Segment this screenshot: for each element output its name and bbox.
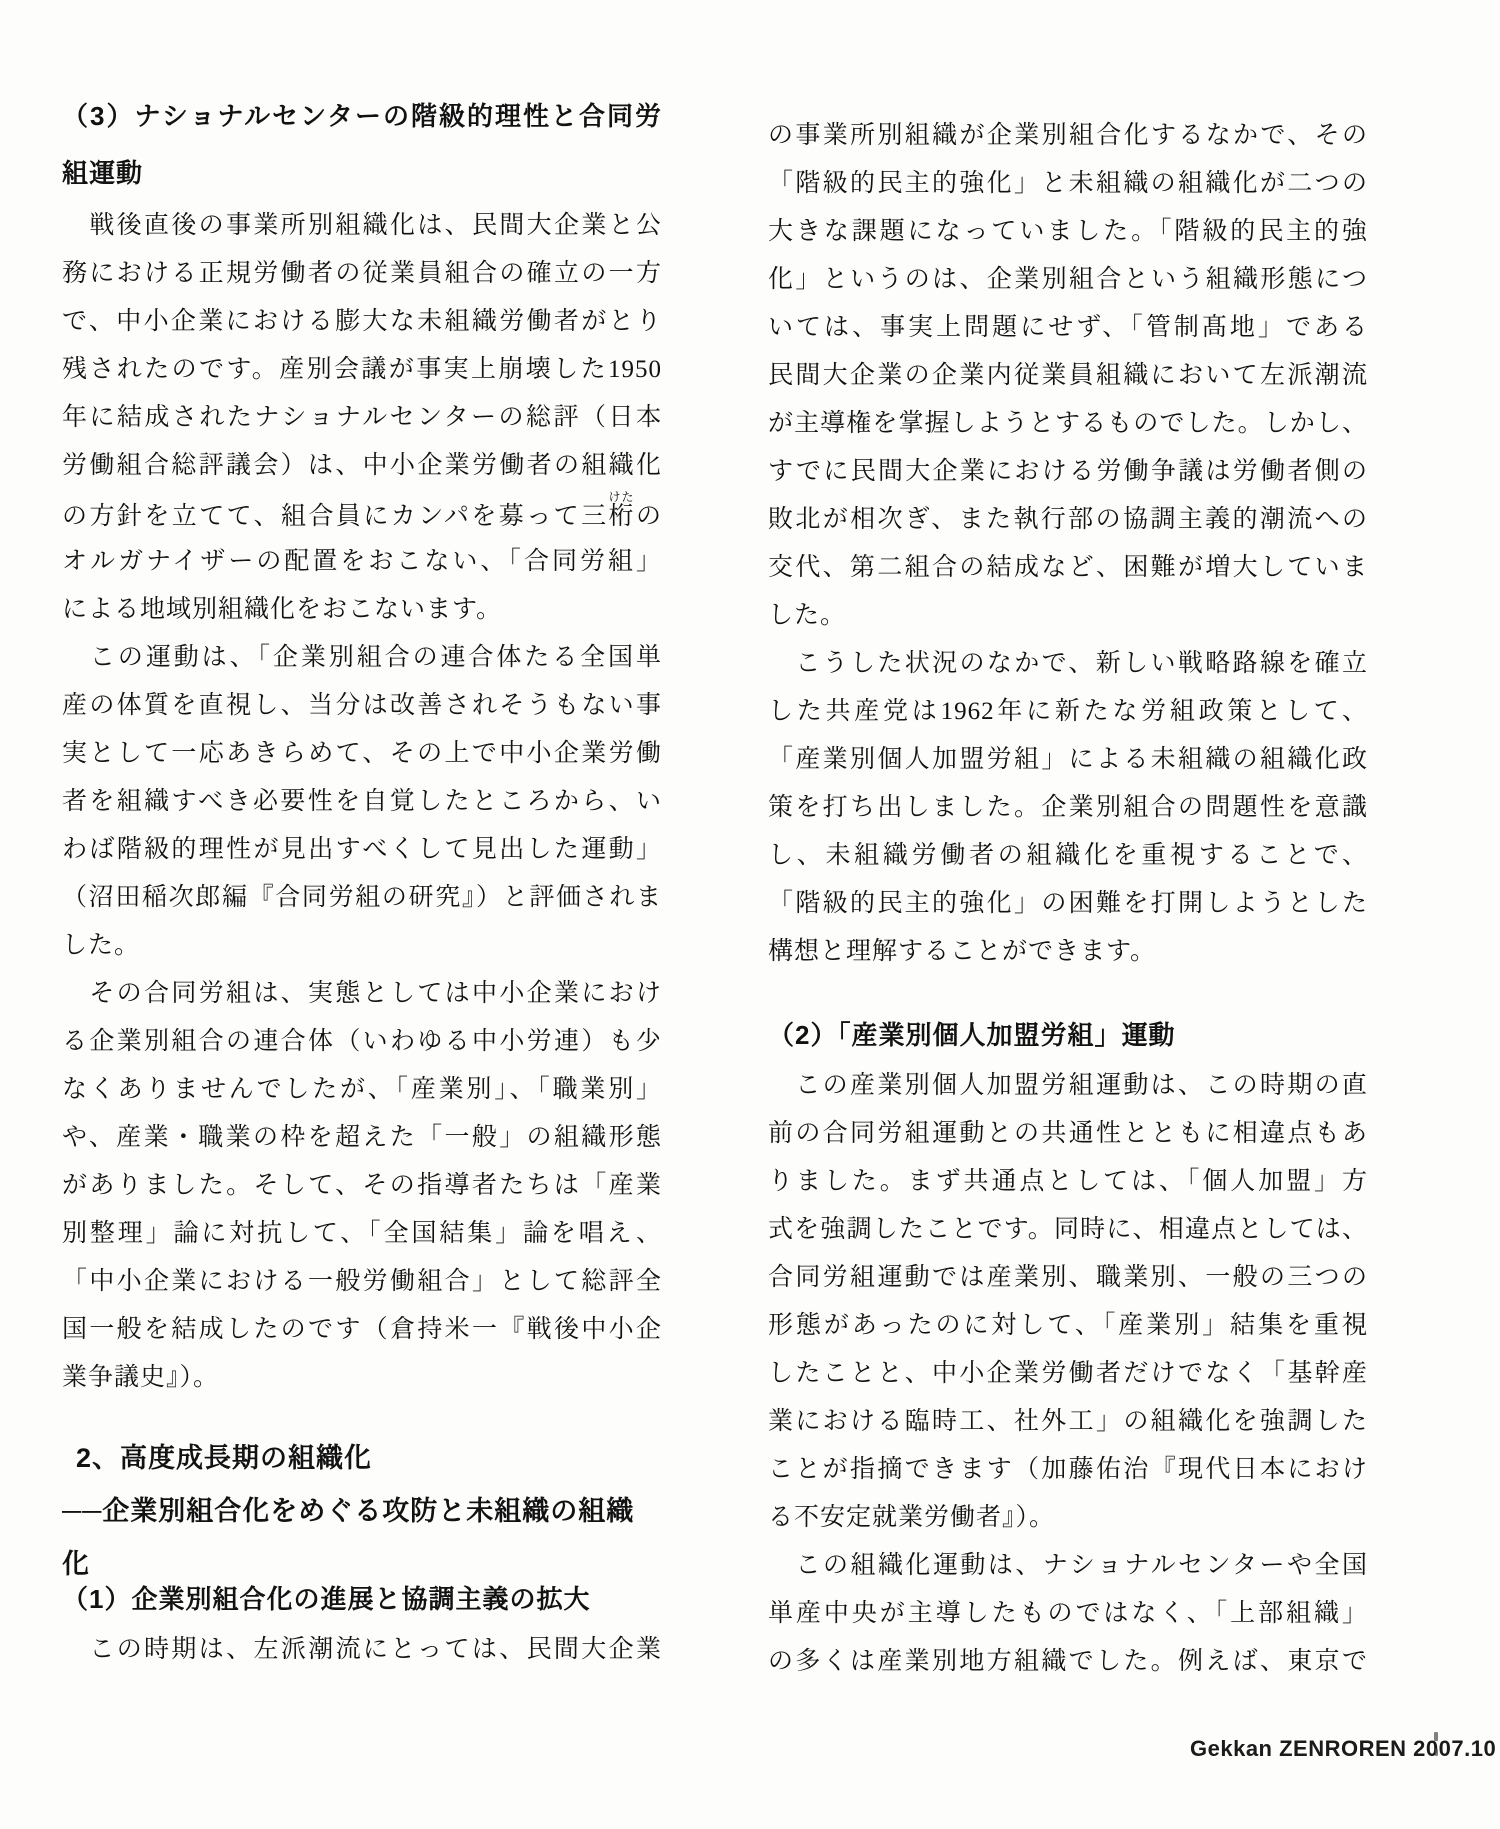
- text-line: オルガナイザーの配置をおこない、「合同労組」: [62, 538, 662, 586]
- text-line-with-ruby: の方針を立てて、組合員にカンパを募って三桁けたの: [62, 490, 662, 538]
- text-line: 民間大企業の企業内従業員組織において左派潮流: [768, 352, 1368, 400]
- text-line: 合同労組運動では産業別、職業別、一般の三つの: [768, 1254, 1368, 1302]
- magazine-page: （3）ナショナルセンターの階級的理性と合同労組運動 戦後直後の事業所別組織化は、…: [0, 0, 1500, 1829]
- text-line: すでに民間大企業における労働争議は労働者側の: [768, 448, 1368, 496]
- text-line: 「階級的民主的強化」と未組織の組織化が二つの: [768, 160, 1368, 208]
- section-heading-line: 2、高度成長期の組織化: [62, 1432, 676, 1485]
- text-line: したことと、中小企業労働者だけでなく「基幹産: [768, 1350, 1368, 1398]
- text-line: 化」というのは、企業別組合という組織形態につ: [768, 256, 1368, 304]
- text-line: 交代、第二組合の結成など、困難が増大していま: [768, 544, 1368, 592]
- section-heading-line: ──企業別組合化をめぐる攻防と未組織の組織化: [62, 1485, 662, 1538]
- right-column: の事業所別組織が企業別組合化するなかで、その「階級的民主的強化」と未組織の組織化…: [768, 112, 1368, 1686]
- text-segment: の: [636, 503, 662, 530]
- text-line: した。: [62, 922, 662, 970]
- text-line: 前の合同労組運動との共通性とともに相違点もあ: [768, 1110, 1368, 1158]
- ruby-text: けた: [609, 490, 635, 504]
- text-line: や、産業・職業の枠を超えた「一般」の組織形態: [62, 1114, 662, 1162]
- footer-text: Gekkan ZENROREN 2007.10: [1190, 1736, 1496, 1761]
- paragraph-gap: [62, 1402, 662, 1432]
- sub-heading-line: （1）企業別組合化の進展と協調主義の拡大: [62, 1572, 662, 1626]
- text-line: 国一般を結成したのです（倉持米一『戦後中小企: [62, 1306, 662, 1354]
- text-line: この時期は、左派潮流にとっては、民間大企業: [62, 1626, 662, 1674]
- text-line: 業における臨時工、社外工」の組織化を強調した: [768, 1398, 1368, 1446]
- text-line: の事業所別組織が企業別組合化するなかで、その: [768, 112, 1368, 160]
- article-title-line: （3）ナショナルセンターの階級的理性と合同労: [62, 88, 662, 145]
- text-line: した共産党は1962年に新たな労組政策として、: [768, 688, 1368, 736]
- text-line: の多くは産業別地方組織でした。例えば、東京で: [768, 1638, 1368, 1686]
- ruby-base: 桁: [609, 503, 636, 530]
- text-line: なくありませんでしたが、「産業別」、「職業別」: [62, 1066, 662, 1114]
- paragraph-gap: [768, 976, 1368, 1008]
- text-line: 「産業別個人加盟労組」による未組織の組織化政: [768, 736, 1368, 784]
- text-line: この産業別個人加盟労組運動は、この時期の直: [768, 1062, 1368, 1110]
- text-line: この運動は、「企業別組合の連合体たる全国単: [62, 634, 662, 682]
- text-line: その合同労組は、実態としては中小企業におけ: [62, 970, 662, 1018]
- text-line: 産の体質を直視し、当分は改善されそうもない事: [62, 682, 662, 730]
- text-line: いては、事実上問題にせず、「管制髙地」である: [768, 304, 1368, 352]
- text-line: 策を打ち出しました。企業別組合の問題性を意識: [768, 784, 1368, 832]
- text-line: 残されたのです。産別会議が事実上崩壊した1950: [62, 346, 662, 394]
- text-line: 者を組織すべき必要性を自覚したところから、い: [62, 778, 662, 826]
- article-title-line: 組運動: [62, 145, 662, 202]
- text-line: で、中小企業における膨大な未組織労働者がとり: [62, 298, 662, 346]
- text-line: した。: [768, 592, 1368, 640]
- scan-artifact: [1435, 1749, 1438, 1756]
- text-line: 「階級的民主的強化」の困難を打開しようとした: [768, 880, 1368, 928]
- text-line: が主導権を掌握しようとするものでした。しかし、: [768, 400, 1368, 448]
- text-line: こうした状況のなかで、新しい戦略路線を確立: [768, 640, 1368, 688]
- footer: Gekkan ZENROREN 2007.10: [1190, 1736, 1496, 1762]
- text-line: 大きな課題になっていました。「階級的民主的強: [768, 208, 1368, 256]
- text-line: 別整理」論に対抗して、「全国結集」論を唱え、: [62, 1210, 662, 1258]
- text-line: がありました。そして、その指導者たちは「産業: [62, 1162, 662, 1210]
- text-line: し、未組織労働者の組織化を重視することで、: [768, 832, 1368, 880]
- text-line: 年に結成されたナショナルセンターの総評（日本: [62, 394, 662, 442]
- left-column: （3）ナショナルセンターの階級的理性と合同労組運動 戦後直後の事業所別組織化は、…: [62, 88, 662, 1674]
- text-line: わば階級的理性が見出すべくして見出した運動」: [62, 826, 662, 874]
- text-line: ことが指摘できます（加藤佑治『現代日本におけ: [768, 1446, 1368, 1494]
- text-line: りました。まず共通点としては、「個人加盟」方: [768, 1158, 1368, 1206]
- scan-artifact: [1434, 1732, 1438, 1741]
- ruby-annotation: 桁けた: [609, 503, 636, 530]
- text-line: （沼田稲次郎編『合同労組の研究』）と評価されま: [62, 874, 662, 922]
- text-line: 敗北が相次ぎ、また執行部の協調主義的潮流への: [768, 496, 1368, 544]
- text-line: による地域別組織化をおこないます。: [62, 586, 662, 634]
- text-line: この組織化運動は、ナショナルセンターや全国: [768, 1542, 1368, 1590]
- text-line: 戦後直後の事業所別組織化は、民間大企業と公: [62, 202, 662, 250]
- text-segment: の方針を立てて、組合員にカンパを募って三: [62, 503, 609, 530]
- text-line: 構想と理解することができます。: [768, 928, 1368, 976]
- text-line: 業争議史』）。: [62, 1354, 662, 1402]
- text-line: る企業別組合の連合体（いわゆる中小労連）も少: [62, 1018, 662, 1066]
- text-line: 単産中央が主導したものではなく、「上部組織」: [768, 1590, 1368, 1638]
- text-line: 形態があったのに対して、「産業別」結集を重視: [768, 1302, 1368, 1350]
- text-line: 務における正規労働者の従業員組合の確立の一方: [62, 250, 662, 298]
- text-line: 「中小企業における一般労働組合」として総評全: [62, 1258, 662, 1306]
- text-line: 実として一応あきらめて、その上で中小企業労働: [62, 730, 662, 778]
- sub-heading-line: （2）「産業別個人加盟労組」運動: [768, 1008, 1368, 1062]
- paragraph-gap: [62, 1538, 662, 1572]
- text-line: 労働組合総評議会）は、中小企業労働者の組織化: [62, 442, 662, 490]
- text-line: る不安定就業労働者』）。: [768, 1494, 1368, 1542]
- text-line: 式を強調したことです。同時に、相違点としては、: [768, 1206, 1368, 1254]
